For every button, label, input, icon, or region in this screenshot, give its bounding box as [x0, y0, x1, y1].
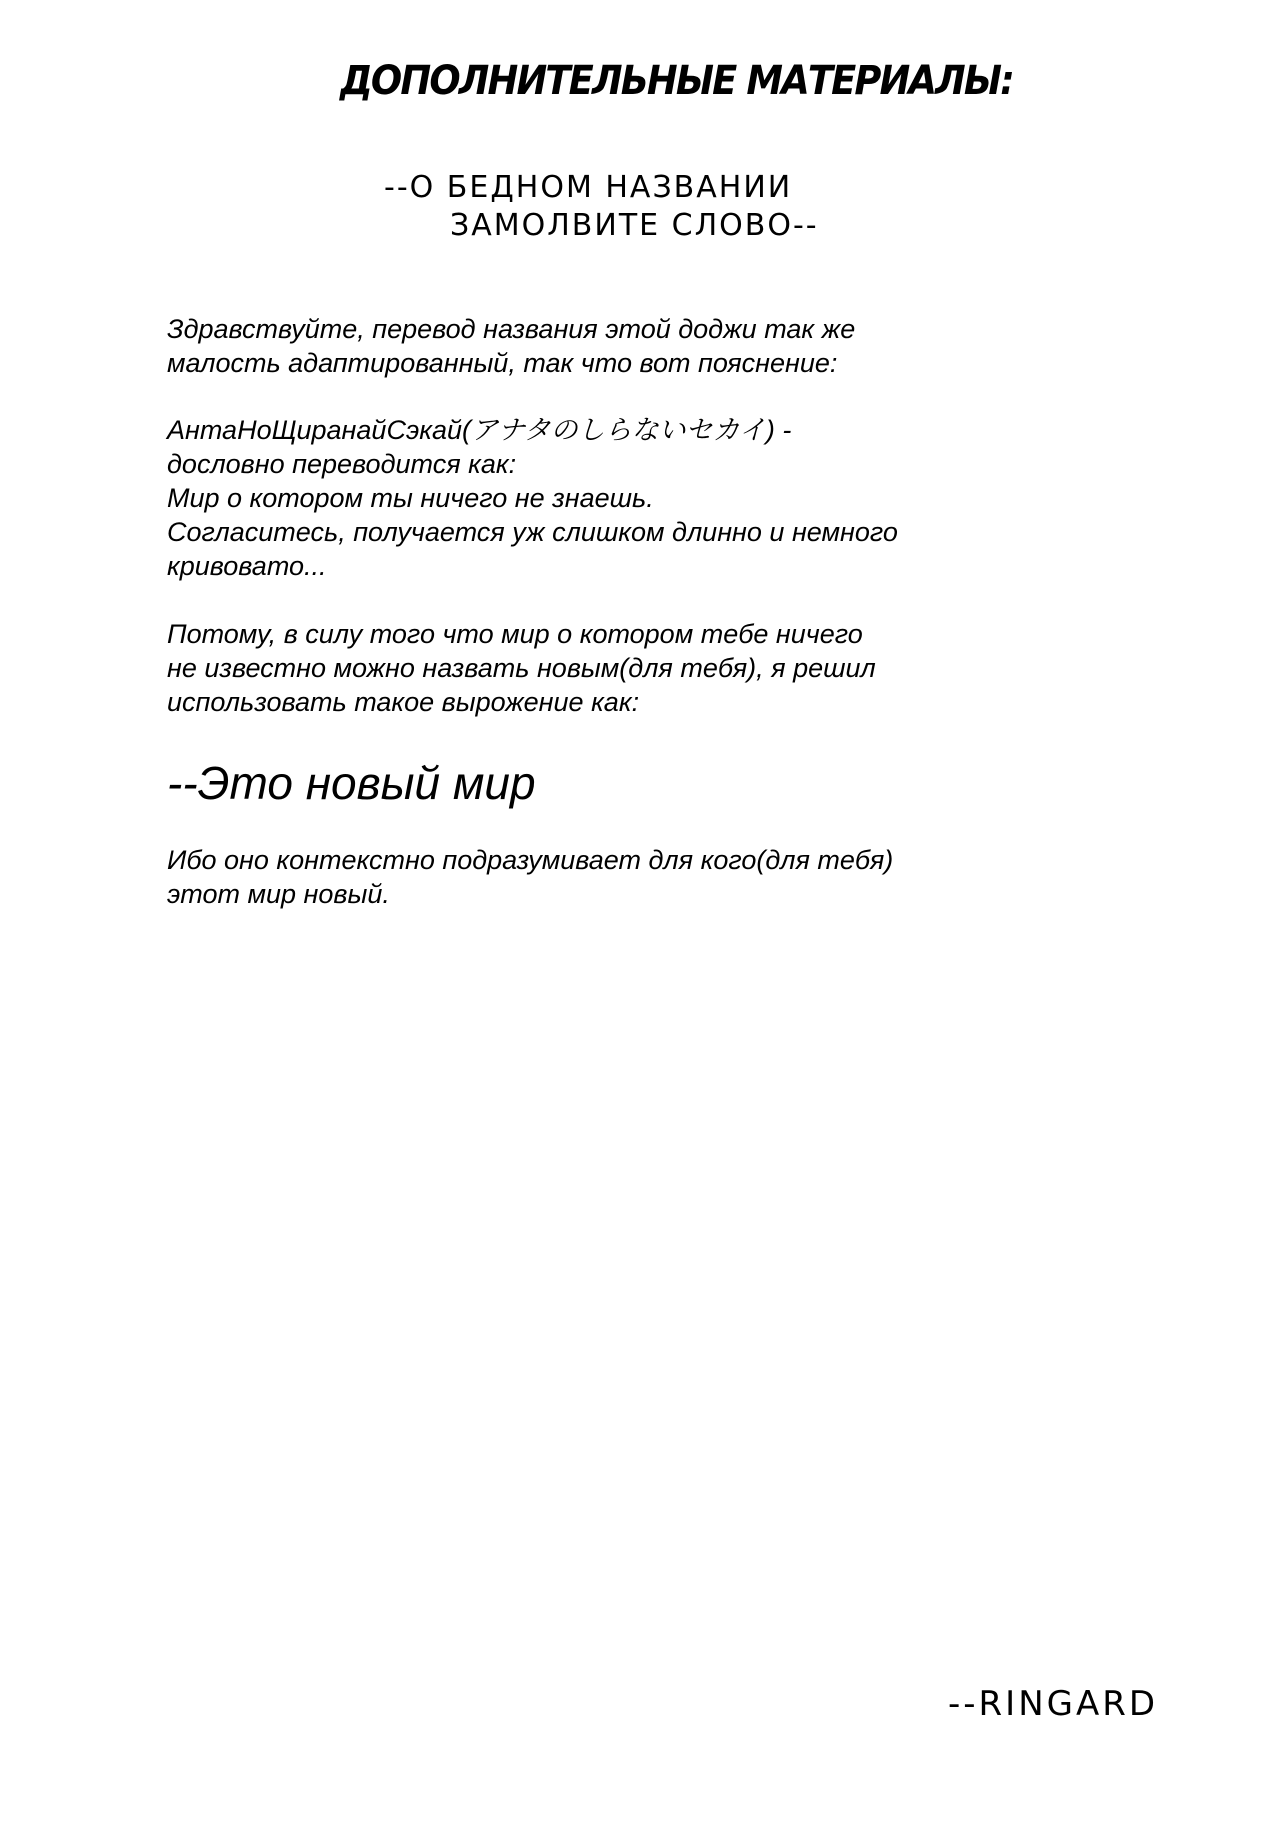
subtitle-line-1: --О бедном названии	[384, 170, 792, 205]
text-line: АнтаНоЩиранайСэкай(アナタのしらないセカイ) -	[167, 413, 1127, 447]
paragraph-conclusion: Ибо оно контекстно подразумивает для ког…	[167, 843, 1127, 911]
paragraph-reasoning: Потому, в силу того что мир о котором те…	[167, 617, 1127, 719]
paragraph-literal-translation: АнтаНоЩиранайСэкай(アナタのしらないセカイ) - дослов…	[167, 413, 1127, 583]
text-line: Мир о котором ты ничего не знаешь.	[167, 481, 1127, 515]
text-line: Согласитесь, получается уж слишком длинн…	[167, 515, 1127, 549]
text-line: не известно можно назвать новым(для тебя…	[167, 651, 1127, 685]
text-line: Ибо оно контекстно подразумивает для ког…	[167, 843, 1127, 877]
text-line: дословно переводится как:	[167, 447, 1127, 481]
text-line: малость адаптированный, так что вот пояс…	[167, 346, 1127, 380]
subtitle-line-2: замолвите слово--	[450, 208, 819, 243]
text-line: Здравствуйте, перевод названия этой додж…	[167, 312, 1127, 346]
text-line: Потому, в силу того что мир о котором те…	[167, 617, 1127, 651]
page-title: Дополнительные материалы:	[340, 58, 1013, 104]
text-line: этот мир новый.	[167, 877, 1127, 911]
signature: --RINGARD	[948, 1684, 1158, 1724]
highlight-title: --Это новый мир	[167, 756, 536, 810]
text-line: использовать такое вырожение как:	[167, 685, 1127, 719]
paragraph-greeting: Здравствуйте, перевод названия этой додж…	[167, 312, 1127, 380]
text-line: кривовато...	[167, 549, 1127, 583]
